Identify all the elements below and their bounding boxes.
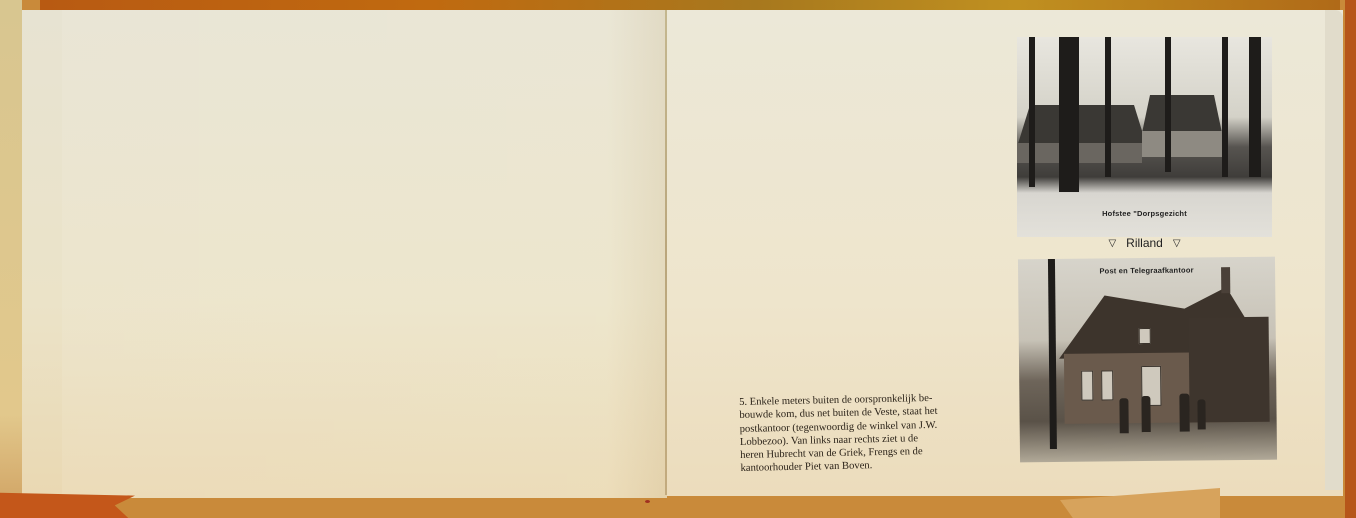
tree-trunk (1059, 37, 1079, 192)
stain-mark (645, 500, 650, 503)
cover-edge-right (1345, 0, 1356, 518)
person (1179, 394, 1189, 432)
left-page-shade (62, 10, 667, 498)
person (1197, 399, 1205, 429)
place-label: ▽Rilland▽ (1017, 233, 1272, 253)
photo-caption-post-office: Post en Telegraafkantoor (1018, 265, 1275, 277)
cover-edge-left (0, 0, 22, 518)
window (1081, 371, 1093, 401)
tree-trunk (1048, 259, 1057, 449)
right-page-edge (1325, 10, 1343, 490)
window (1139, 328, 1151, 344)
tree-trunk (1222, 37, 1228, 177)
tree-trunk (1165, 37, 1171, 172)
farm-roof-right (1142, 95, 1222, 133)
place-name: Rilland (1126, 236, 1163, 250)
farm-roof-left (1017, 105, 1147, 147)
caption-text: 5. Enkele meters buiten de oorspronkelij… (739, 391, 977, 476)
left-page (22, 10, 667, 498)
tree-trunk (1249, 37, 1261, 177)
triangle-down-icon: ▽ (1173, 238, 1181, 249)
window (1101, 370, 1113, 400)
book-scan: Hofstee "Dorpsgezicht ▽Rilland▽ Post en … (0, 0, 1356, 518)
tree-trunk (1029, 37, 1035, 187)
triangle-down-icon: ▽ (1108, 238, 1116, 249)
person (1119, 398, 1128, 433)
farm-wall-left (1017, 143, 1142, 163)
photo-post-office: Post en Telegraafkantoor (1018, 257, 1277, 463)
photo-farmhouse: Hofstee "Dorpsgezicht (1017, 37, 1272, 237)
book-gutter (665, 10, 667, 495)
tree-trunk (1105, 37, 1111, 177)
farm-wall (1142, 131, 1222, 157)
person (1141, 396, 1150, 432)
photo-caption-farmhouse: Hofstee "Dorpsgezicht (1017, 209, 1272, 218)
